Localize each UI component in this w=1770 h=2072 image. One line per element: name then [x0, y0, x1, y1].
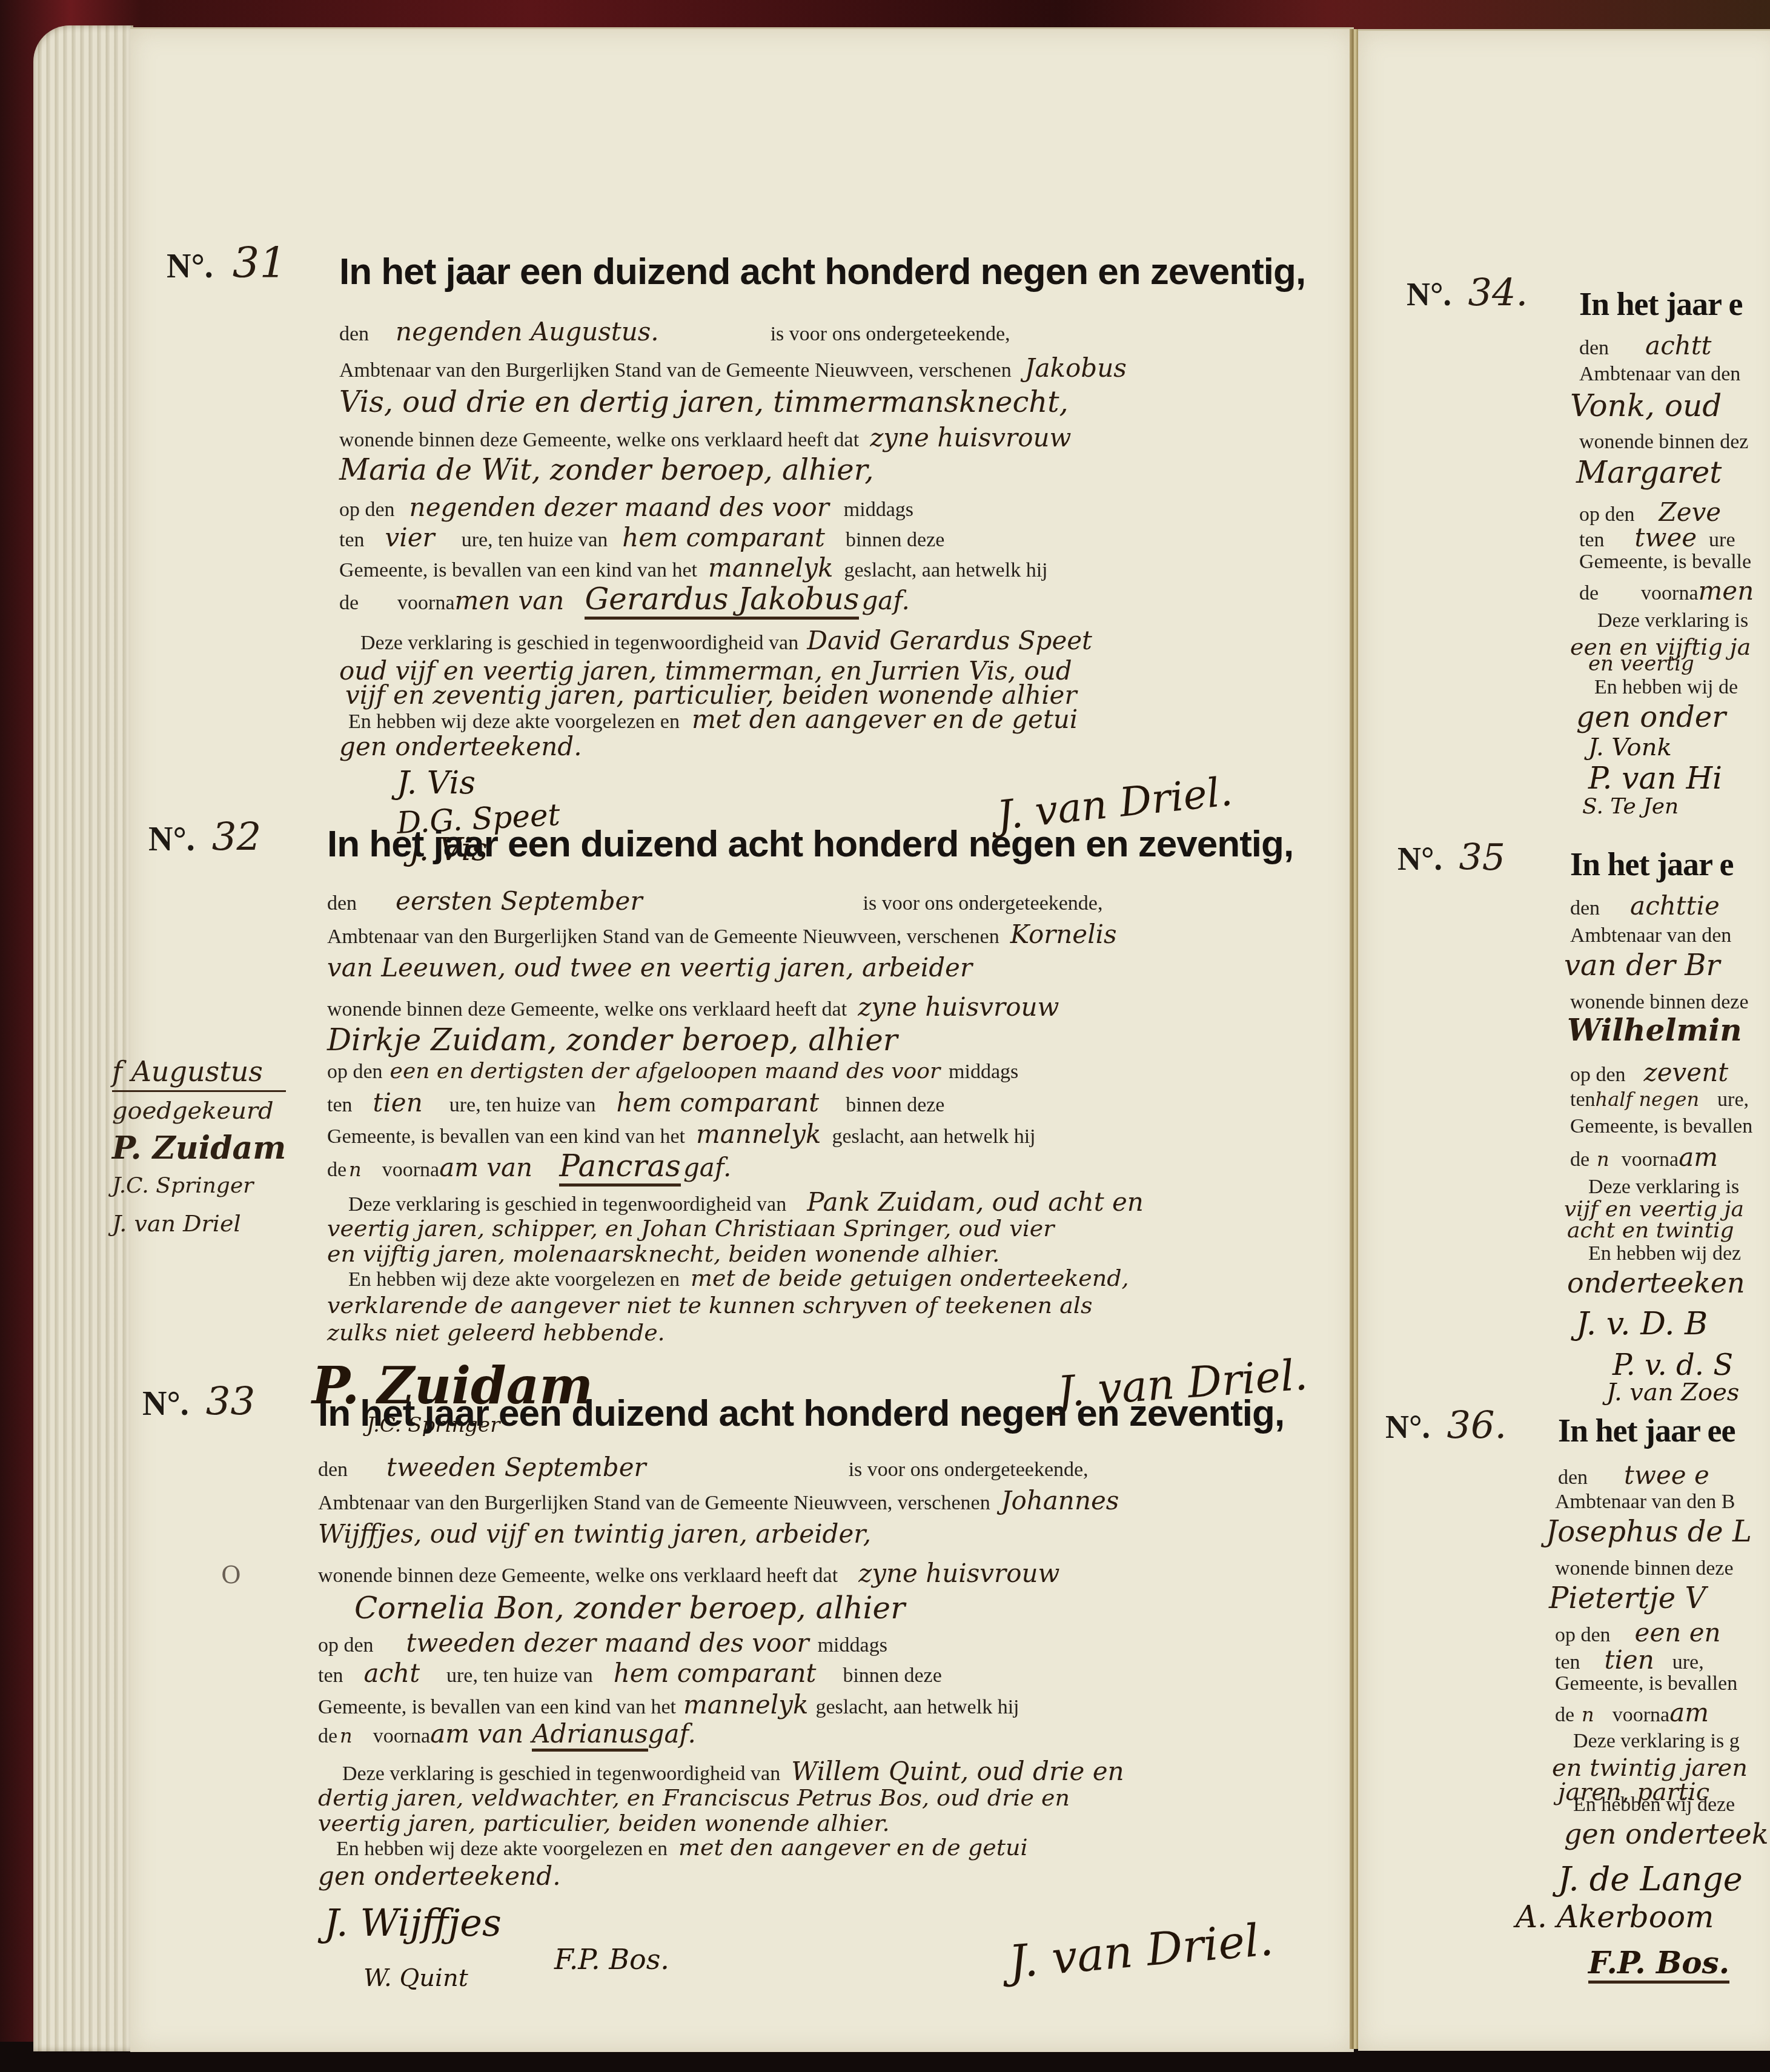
birth-time-line: tenhalf negenure, — [1570, 1088, 1749, 1111]
left-page: N°. 31 In het jaar een duizend acht hond… — [130, 27, 1354, 2052]
signature: J. v. D. B — [1576, 1306, 1708, 1342]
signature: S. Te Jen — [1582, 794, 1679, 819]
date-line: denachtt — [1579, 331, 1711, 360]
closing-line: En hebben wij dez — [1588, 1242, 1741, 1265]
signature: J. de Lange — [1558, 1860, 1743, 1898]
witness-line: Deze verklaring is — [1597, 609, 1748, 632]
date-line: dentwee e — [1558, 1460, 1709, 1490]
name-line: denvoornaam — [1555, 1698, 1709, 1727]
record-heading: In het jaar ee — [1558, 1412, 1735, 1449]
record-number-value: 34. — [1468, 270, 1528, 314]
record-33: N°. 33 In het jaar een duizend acht hond… — [130, 29, 1354, 2052]
mother-line: Margaret — [1576, 455, 1722, 490]
witness-detail-line: dertig jaren, veldwachter, en Franciscus… — [318, 1784, 1070, 1811]
witness-detail-line: en veertig — [1588, 652, 1694, 676]
mother-line: Pietertje V — [1549, 1581, 1706, 1615]
closing-line: gen onderteekend. — [318, 1861, 560, 1891]
closing-line: En hebben wij de — [1594, 676, 1738, 699]
record-heading: In het jaar een duizend acht honderd neg… — [318, 1392, 1284, 1435]
birth-date-line: op den tweeden dezer maand des voor midd… — [318, 1628, 887, 1658]
residence-line: wonende binnen deze — [1570, 991, 1749, 1014]
right-page: N°. 34. In het jaar e denachtt Ambtenaar… — [1358, 29, 1770, 2051]
father-line: Wijffjes, oud vijf en twintig jaren, arb… — [318, 1519, 871, 1549]
signature: A. Akerboom — [1516, 1899, 1714, 1935]
official-line: Ambtenaar van den — [1570, 924, 1731, 947]
father-line: Vonk, oud — [1570, 388, 1722, 423]
official-line: Ambtenaar van den Burgerlijken Stand van… — [318, 1486, 1119, 1515]
official-line: Ambtenaar van den B — [1555, 1491, 1735, 1514]
sex-line: Gemeente, is bevallen — [1570, 1115, 1752, 1138]
signature: J. Wijffjes — [324, 1901, 502, 1945]
signature: F.P. Bos. — [554, 1943, 669, 1976]
birth-time-line: ten acht ure, ten huize van hem comparan… — [318, 1658, 942, 1688]
registrar-signature: J. van Driel. — [1007, 1913, 1275, 1988]
record-number: N°. 36. — [1385, 1403, 1506, 1447]
closing-line: En hebben wij deze akte voorgelezen en m… — [336, 1834, 1028, 1861]
witness-detail-line: acht en twintig — [1567, 1218, 1734, 1243]
sex-line: Gemeente, is bevallen van een kind van h… — [318, 1690, 1019, 1719]
birth-date-line: op denzevent — [1570, 1058, 1728, 1087]
closing-line: gen onder — [1576, 700, 1726, 734]
record-number-value: 33 — [206, 1380, 255, 1425]
record-number: N°. 34. — [1407, 270, 1528, 314]
book-gutter — [1350, 29, 1358, 2049]
closing-line: En hebben wij deze — [1573, 1793, 1735, 1816]
child-name: Adrianus — [532, 1719, 648, 1752]
record-heading: In het jaar e — [1570, 846, 1733, 883]
margin-mark: O — [221, 1561, 241, 1589]
record-heading: In het jaar e — [1579, 285, 1742, 323]
signature: W. Quint — [363, 1964, 468, 1992]
mother-line: Cornelia Bon, zonder beroep, alhier — [354, 1590, 905, 1626]
closing-line: gen onderteek — [1564, 1818, 1769, 1850]
sex-line: Gemeente, is bevallen — [1555, 1672, 1737, 1695]
closing-line: onderteeken — [1567, 1266, 1745, 1299]
signature: F.P. Bos. — [1588, 1945, 1729, 1984]
name-line: devoornamen — [1579, 576, 1754, 606]
record-number: N°. 33 — [142, 1380, 255, 1425]
signature: J. Vonk — [1588, 733, 1672, 761]
record-number: N°. 35 — [1397, 836, 1505, 879]
residence-line: wonende binnen deze — [1555, 1557, 1734, 1580]
witness-line: Deze verklaring is g — [1573, 1730, 1740, 1753]
signature: J. van Zoes — [1606, 1379, 1739, 1406]
signature: P. v. d. S — [1613, 1348, 1733, 1382]
birth-date-line: op deneen en — [1555, 1618, 1721, 1647]
sex-line: Gemeente, is bevalle — [1579, 551, 1751, 574]
name-line: de n voornaam van Adrianusgaf. — [318, 1719, 696, 1749]
witness-line: Deze verklaring is — [1588, 1176, 1739, 1199]
official-line: Ambtenaar van den — [1579, 363, 1740, 386]
father-line: van der Br — [1564, 948, 1720, 982]
mother-line: Wilhelmin — [1567, 1012, 1742, 1048]
birth-time-line: tentweeure — [1579, 523, 1735, 552]
page-edge-stack — [33, 25, 133, 2051]
record-number-value: 35 — [1459, 836, 1505, 879]
record-number-value: 36. — [1447, 1403, 1507, 1447]
birth-time-line: tentienure, — [1555, 1645, 1704, 1675]
witness-detail-line: veertig jaren, particulier, beiden wonen… — [318, 1810, 890, 1836]
father-line: Josephus de L — [1546, 1515, 1752, 1549]
signature: P. van Hi — [1588, 761, 1722, 796]
witness-line: Deze verklaring is geschied in tegenwoor… — [342, 1756, 1124, 1786]
name-line: denvoornaam — [1570, 1142, 1718, 1172]
date-line: denachttie — [1570, 891, 1720, 921]
residence-line: wonende binnen dez — [1579, 431, 1748, 454]
residence-line: wonende binnen deze Gemeente, welke ons … — [318, 1558, 1059, 1588]
date-line: den tweeden September is voor ons onderg… — [318, 1452, 1089, 1482]
